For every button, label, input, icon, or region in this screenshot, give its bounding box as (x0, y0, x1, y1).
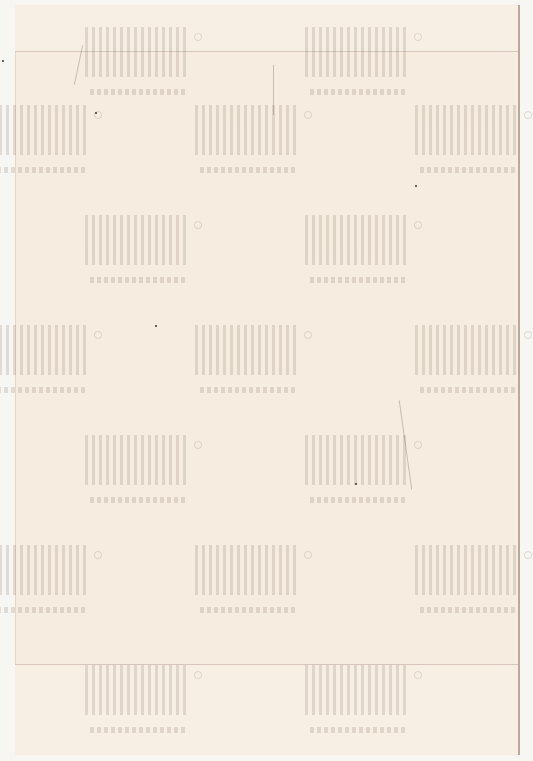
watermark-tile (195, 325, 300, 400)
speck (2, 60, 4, 62)
speck (355, 483, 357, 485)
watermark-tile (0, 325, 90, 400)
watermark-tile (85, 435, 190, 510)
watermark-tile (305, 215, 410, 290)
watermark-tile (305, 665, 410, 740)
watermark-tile (0, 545, 90, 620)
watermark-tile (0, 105, 90, 180)
watermark-tile (85, 215, 190, 290)
watermark-tile (305, 435, 410, 510)
speck (415, 185, 417, 187)
watermark-tile (415, 545, 520, 620)
watermark-tile (415, 325, 520, 400)
watermark-tile (85, 665, 190, 740)
watermark-tile (195, 545, 300, 620)
paper-crease (273, 65, 274, 115)
watermark-tile (85, 27, 190, 102)
speck (95, 112, 97, 114)
paper-card (15, 5, 520, 755)
watermark-tile (195, 105, 300, 180)
speck (155, 325, 157, 327)
watermark-tile (305, 27, 410, 102)
watermark-tile (415, 105, 520, 180)
